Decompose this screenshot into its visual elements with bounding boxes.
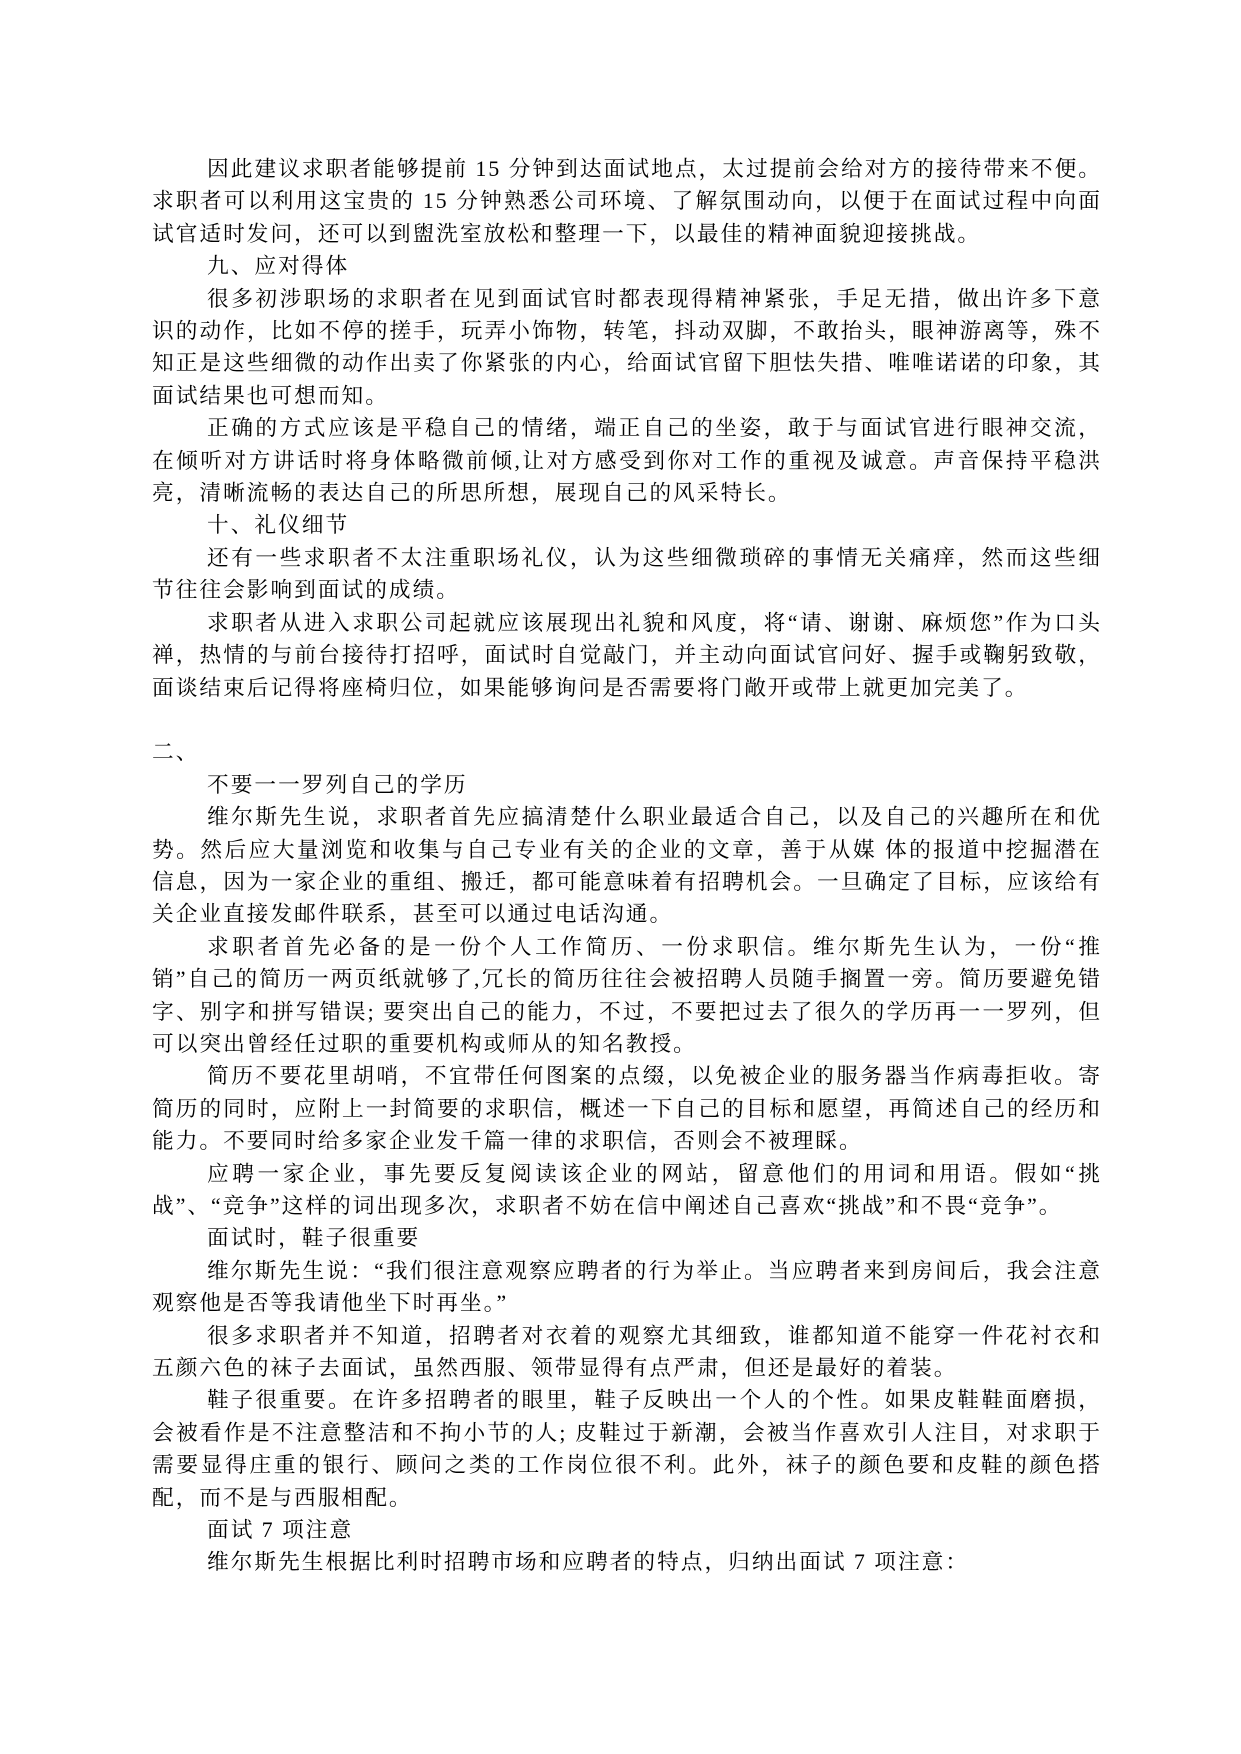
paragraph: 正确的方式应该是平稳自己的情绪，端正自己的坐姿，敢于与面试官进行眼神交流，在倾听…: [152, 412, 1102, 509]
paragraph: 维尔斯先生根据比利时招聘市场和应聘者的特点，归纳出面试 7 项注意：: [152, 1546, 1102, 1578]
paragraph: 因此建议求职者能够提前 15 分钟到达面试地点，太过提前会给对方的接待带来不便。…: [152, 153, 1102, 250]
section-heading: 九、应对得体: [152, 250, 1102, 282]
paragraph: 求职者从进入求职公司起就应该展现出礼貌和风度，将“请、谢谢、麻烦您”作为口头禅，…: [152, 607, 1102, 704]
paragraph: 很多求职者并不知道，招聘者对衣着的观察尤其细致，谁都知道不能穿一件花衬衣和五颜六…: [152, 1320, 1102, 1385]
paragraph: 维尔斯先生说：“我们很注意观察应聘者的行为举止。当应聘者来到房间后，我会注意观察…: [152, 1255, 1102, 1320]
blank-line: [152, 704, 1102, 736]
paragraph: 很多初涉职场的求职者在见到面试官时都表现得精神紧张，手足无措，做出许多下意识的动…: [152, 283, 1102, 413]
section-heading: 十、礼仪细节: [152, 509, 1102, 541]
paragraph: 简历不要花里胡哨，不宜带任何图案的点缀，以免被企业的服务器当作病毒拒收。寄简历的…: [152, 1060, 1102, 1157]
document-page: 因此建议求职者能够提前 15 分钟到达面试地点，太过提前会给对方的接待带来不便。…: [0, 0, 1241, 1754]
section-heading: 面试 7 项注意: [152, 1514, 1102, 1546]
section-heading: 面试时，鞋子很重要: [152, 1222, 1102, 1254]
paragraph: 还有一些求职者不太注重职场礼仪，认为这些细微琐碎的事情无关痛痒，然而这些细节往往…: [152, 542, 1102, 607]
section-heading: 不要一一罗列自己的学历: [152, 769, 1102, 801]
paragraph: 维尔斯先生说，求职者首先应搞清楚什么职业最适合自己，以及自己的兴趣所在和优势。然…: [152, 801, 1102, 931]
section-marker: 二、: [152, 736, 1102, 768]
paragraph: 应聘一家企业，事先要反复阅读该企业的网站，留意他们的用词和用语。假如“挑战”、“…: [152, 1158, 1102, 1223]
paragraph: 鞋子很重要。在许多招聘者的眼里，鞋子反映出一个人的个性。如果皮鞋鞋面磨损，会被看…: [152, 1384, 1102, 1514]
paragraph: 求职者首先必备的是一份个人工作简历、一份求职信。维尔斯先生认为，一份“推销”自己…: [152, 931, 1102, 1061]
